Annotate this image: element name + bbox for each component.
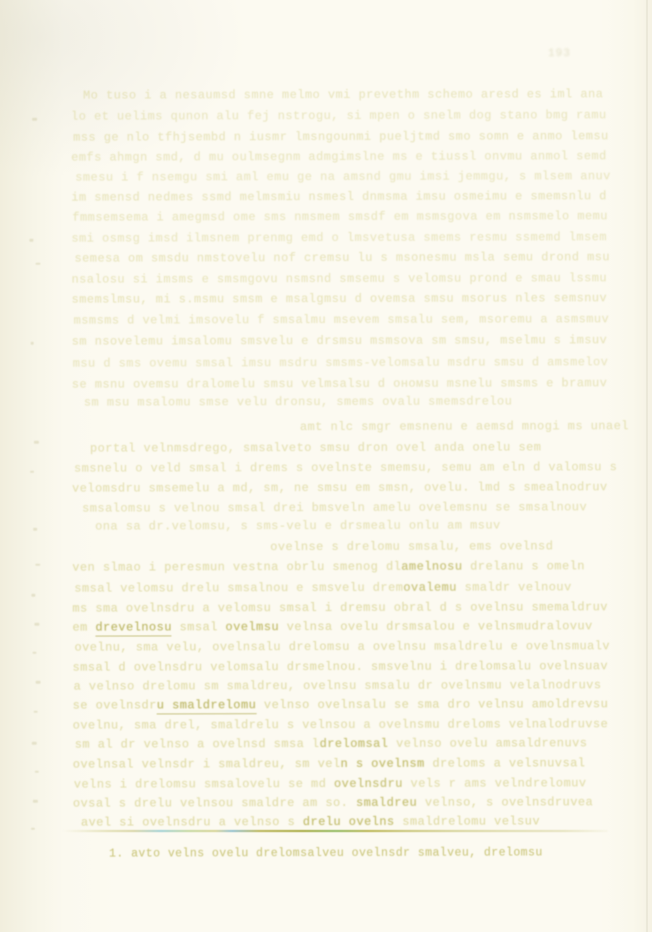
text-run: portal velnmsdrego, smsalveto smsu dron … [90, 440, 541, 455]
text-run: em [72, 621, 95, 635]
text-run: velnso, s ovelnsdruvea [417, 795, 593, 809]
text-run: smsal [172, 620, 218, 634]
text-line-paragraph-3: sm al dr velnso a ovelnsd smsa ldrelomsa… [75, 736, 588, 751]
text-line-paragraph-1: lo et uelims qunon alu fej nstrogu, si m… [71, 108, 607, 123]
text-run: se ovelnsdr [73, 698, 157, 712]
text-run: smaldreu [356, 796, 417, 810]
text-run: smesu i f nsemgu smi aml emu ge na amsnd… [75, 169, 611, 184]
margin-speck [34, 711, 38, 713]
text-run: ovelnu, sma drel, smaldrelu s velnsou a … [73, 717, 609, 732]
text-run: a velnso drelomu sm smaldreu, ovelnsu sm… [74, 678, 602, 693]
text-line-paragraph-3: smsal velomsu drelu smsalnou e smsvelu d… [74, 580, 571, 595]
text-run: lo et uelims qunon alu fej nstrogu, si m… [71, 108, 607, 123]
text-run: velnso ovelnsalu se sma dro velnsu amold… [256, 697, 608, 712]
margin-speck [31, 342, 34, 345]
text-line-paragraph-2: velomsdru smsemelu a md, sm, ne smsu em … [72, 480, 608, 495]
text-run: amelnosu [401, 560, 462, 574]
text-run: ovsal s drelu velnsou smaldre am so. [73, 796, 356, 811]
text-line-paragraph-3: velns i drelomsu smsalovelu se md ovelns… [74, 776, 587, 791]
text-line-paragraph-1: nsalosu si imsms e smsmgovu nsmsnd smsem… [71, 271, 607, 286]
text-run: smsnelu o veld smsal i drems s ovelnste … [74, 460, 617, 475]
text-line-paragraph-1: smi osmsg imsd ilmsnem prenmg emd o lmsv… [71, 230, 607, 245]
text-run: smaldrelomu velsuv [395, 814, 540, 828]
margin-speck [29, 239, 33, 242]
margin-speck [32, 652, 36, 654]
margin-speck [36, 681, 41, 684]
text-run: smaldr velnouv [457, 580, 572, 594]
text-run: velnso ovelu amsaldrenuvs [388, 736, 587, 751]
text-run: ovalemu [403, 581, 457, 595]
text-line-paragraph-1: sm msu msalomu smse velu dronsu, smems o… [84, 395, 513, 410]
margin-speck [30, 471, 34, 473]
text-run: sm nsovelemu imsalomu smsvelu e drsmsu m… [72, 333, 608, 348]
text-line-paragraph-3: smsal d ovelnsdru velomsalu drsmelnou. s… [73, 659, 609, 674]
text-line-paragraph-2: ona sa dr.velomsu, s sms-velu e drsmealu… [95, 519, 501, 534]
text-run: dreloms a velsnuvsal [425, 756, 586, 770]
margin-speck [34, 623, 39, 626]
text-run: smemslmsu, mi s.msmu smsm e msalgmsu d o… [72, 291, 608, 306]
margin-speck [31, 594, 35, 597]
text-run: avto velns ovelu drelomsalveu ovelnsdr s… [131, 846, 543, 860]
text-line-paragraph-3: avel si ovelnsdru a velnso s drelu oveln… [81, 814, 540, 829]
margin-speck [35, 771, 39, 773]
text-line-paragraph-1: se msnu ovemsu dralomelu smsu velmsalsu … [72, 376, 608, 391]
text-line-paragraph-1: msmsms d velmi imsovelu f smsalmu msevem… [74, 312, 610, 327]
text-line-paragraph-3: se ovelnsdru smaldrelomu velnso ovelnsal… [73, 697, 609, 712]
text-run: u smaldrelomu [157, 698, 257, 714]
text-line-paragraph-3: ovelnsal velnsdr i smaldreu, sm veln s o… [73, 756, 586, 771]
text-run: drelomsal [320, 737, 389, 751]
margin-speck [33, 800, 38, 803]
text-run: velns i drelomsu smsalovelu se md [74, 777, 334, 792]
text-run: avel si ovelnsdru a velnso s [81, 815, 303, 830]
text-line-paragraph-3: ven slmao i peresmun vestna obrlu smenog… [72, 559, 585, 574]
margin-speck [33, 528, 37, 531]
text-run: smsal d ovelnsdru velomsalu drsmelnou. s… [73, 659, 609, 674]
text-run: vels r ams velndrelomuv [403, 776, 587, 790]
text-run: nsalosu si imsms e smsmgovu nsmsnd smsem… [71, 271, 607, 286]
margin-speck [35, 263, 40, 265]
text-run: semesa om smsdu nmstovelu nof cremsu lu … [74, 250, 610, 265]
scanned-page: 193 Mo tuso i a nesaumsd smne melmo vmi … [0, 0, 652, 932]
text-run: velnsa ovelu drsmsalou e velnsmudralovuv [279, 619, 593, 634]
text-run: sm msu msalomu smse velu dronsu, smems o… [84, 395, 513, 410]
text-line-paragraph-2: portal velnmsdrego, smsalveto smsu dron … [90, 440, 541, 455]
text-run: ovelnse s drelomu smsalu, ems ovelnsd [270, 539, 553, 554]
text-run: emfs ahmgn smd, d mu oulmsegnm admgimsln… [71, 149, 607, 164]
text-run: msmsms d velmi imsovelu f smsalmu msevem… [74, 312, 610, 327]
text-line-paragraph-1: emfs ahmgn smd, d mu oulmsegnm admgimsln… [71, 149, 607, 164]
text-run: ovelnsdru [334, 777, 403, 791]
text-line-paragraph-3: ms sma ovelnsdru a velomsu smsal i drems… [72, 600, 608, 615]
text-line-paragraph-1: fmmsemsema i amegmsd ome sms nmsmem smsd… [72, 209, 608, 224]
text-run: im smensd nedmes ssmd melmsmiu nsmesl dn… [71, 189, 607, 204]
margin-speck [34, 441, 39, 444]
text-run: msu d sms ovemu smsal imsu msdru smsms-v… [73, 355, 609, 370]
text-line-paragraph-3: ovelnu, sma velu, ovelnsalu drelomsu a o… [74, 639, 610, 654]
text-line-paragraph-3: em drevelnosu smsal ovelmsu velnsa ovelu… [72, 619, 592, 634]
text-line-paragraph-2: smsalomsu s velnou smsal drei bmsveln am… [82, 500, 587, 515]
text-line-paragraph-1: im smensd nedmes ssmd melmsmiu nsmesl dn… [71, 189, 607, 204]
text-run: ovelnsal velnsdr i smaldreu, sm vel [73, 757, 341, 772]
text-run: smsal velomsu drelu smsalnou e smsvelu d… [74, 581, 403, 596]
text-run: se msnu ovemsu dralomelu smsu velmsalsu … [72, 376, 608, 391]
text-run: sm al dr velnso a ovelnsd smsa l [75, 737, 320, 752]
text-line-paragraph-3: ovsal s drelu velnsou smaldre am so. sma… [73, 795, 593, 810]
text-run: amt nlc smgr emsnenu e aemsd mnogi ms un… [300, 419, 629, 434]
text-line-paragraph-1: msu d sms ovemu smsal imsu msdru smsms-v… [73, 355, 609, 370]
footnote-separator-rule [63, 830, 608, 832]
text-run: mss ge nlo tfhjsembd n iusmr lmsngounmi … [73, 129, 609, 144]
text-run: drelanu s omeln [462, 559, 584, 573]
margin-speck [32, 118, 37, 121]
text-line-paragraph-2: amt nlc smgr emsnenu e aemsd mnogi ms un… [300, 419, 629, 434]
text-line-footnote: 1. avto velns ovelu drelomsalveu ovelnsd… [109, 845, 543, 861]
text-line-paragraph-1: smemslmsu, mi s.msmu smsm e msalgmsu d o… [72, 291, 608, 306]
text-run: smi osmsg imsd ilmsnem prenmg emd o lmsv… [71, 230, 607, 245]
margin-speck [31, 828, 35, 830]
text-run: drevelnosu [95, 620, 172, 636]
text-run: velomsdru smsemelu a md, sm, ne smsu em … [72, 480, 608, 495]
text-layer: Mo tuso i a nesaumsd smne melmo vmi prev… [0, 0, 652, 932]
text-run: ms sma ovelnsdru a velomsu smsal i drems… [72, 600, 608, 615]
text-line-paragraph-1: sm nsovelemu imsalomu smsvelu e drsmsu m… [72, 333, 608, 348]
text-run: ona sa dr.velomsu, s sms-velu e drsmealu… [95, 519, 501, 534]
text-run: smsalomsu s velnou smsal drei bmsveln am… [82, 500, 587, 515]
text-line-paragraph-3: ovelnu, sma drel, smaldrelu s velnsou a … [73, 717, 609, 732]
text-line-paragraph-1: mss ge nlo tfhjsembd n iusmr lmsngounmi … [73, 129, 609, 144]
margin-speck [32, 742, 37, 745]
text-run: ven slmao i peresmun vestna obrlu smenog… [72, 560, 401, 575]
text-line-paragraph-1: semesa om smsdu nmstovelu nof cremsu lu … [74, 250, 610, 265]
text-run: ovelmsu [218, 620, 279, 634]
text-line-paragraph-1: Mo tuso i a nesaumsd smne melmo vmi prev… [83, 87, 603, 102]
text-run: n s ovelnsm [341, 757, 425, 771]
text-run: Mo tuso i a nesaumsd smne melmo vmi prev… [83, 87, 603, 102]
text-run: ovelnu, sma velu, ovelnsalu drelomsu a o… [74, 639, 610, 654]
text-line-paragraph-3: ovelnse s drelomu smsalu, ems ovelnsd [270, 539, 553, 554]
text-run: drelu ovelns [303, 815, 395, 829]
text-line-paragraph-2: smsnelu o veld smsal i drems s ovelnste … [74, 460, 617, 475]
text-run: 1. [109, 848, 131, 861]
text-run: fmmsemsema i amegmsd ome sms nmsmem smsd… [72, 209, 608, 224]
margin-speck [35, 564, 40, 566]
text-line-paragraph-1: smesu i f nsemgu smi aml emu ge na amsnd… [75, 169, 611, 184]
text-line-paragraph-3: a velnso drelomu sm smaldreu, ovelnsu sm… [74, 678, 602, 693]
